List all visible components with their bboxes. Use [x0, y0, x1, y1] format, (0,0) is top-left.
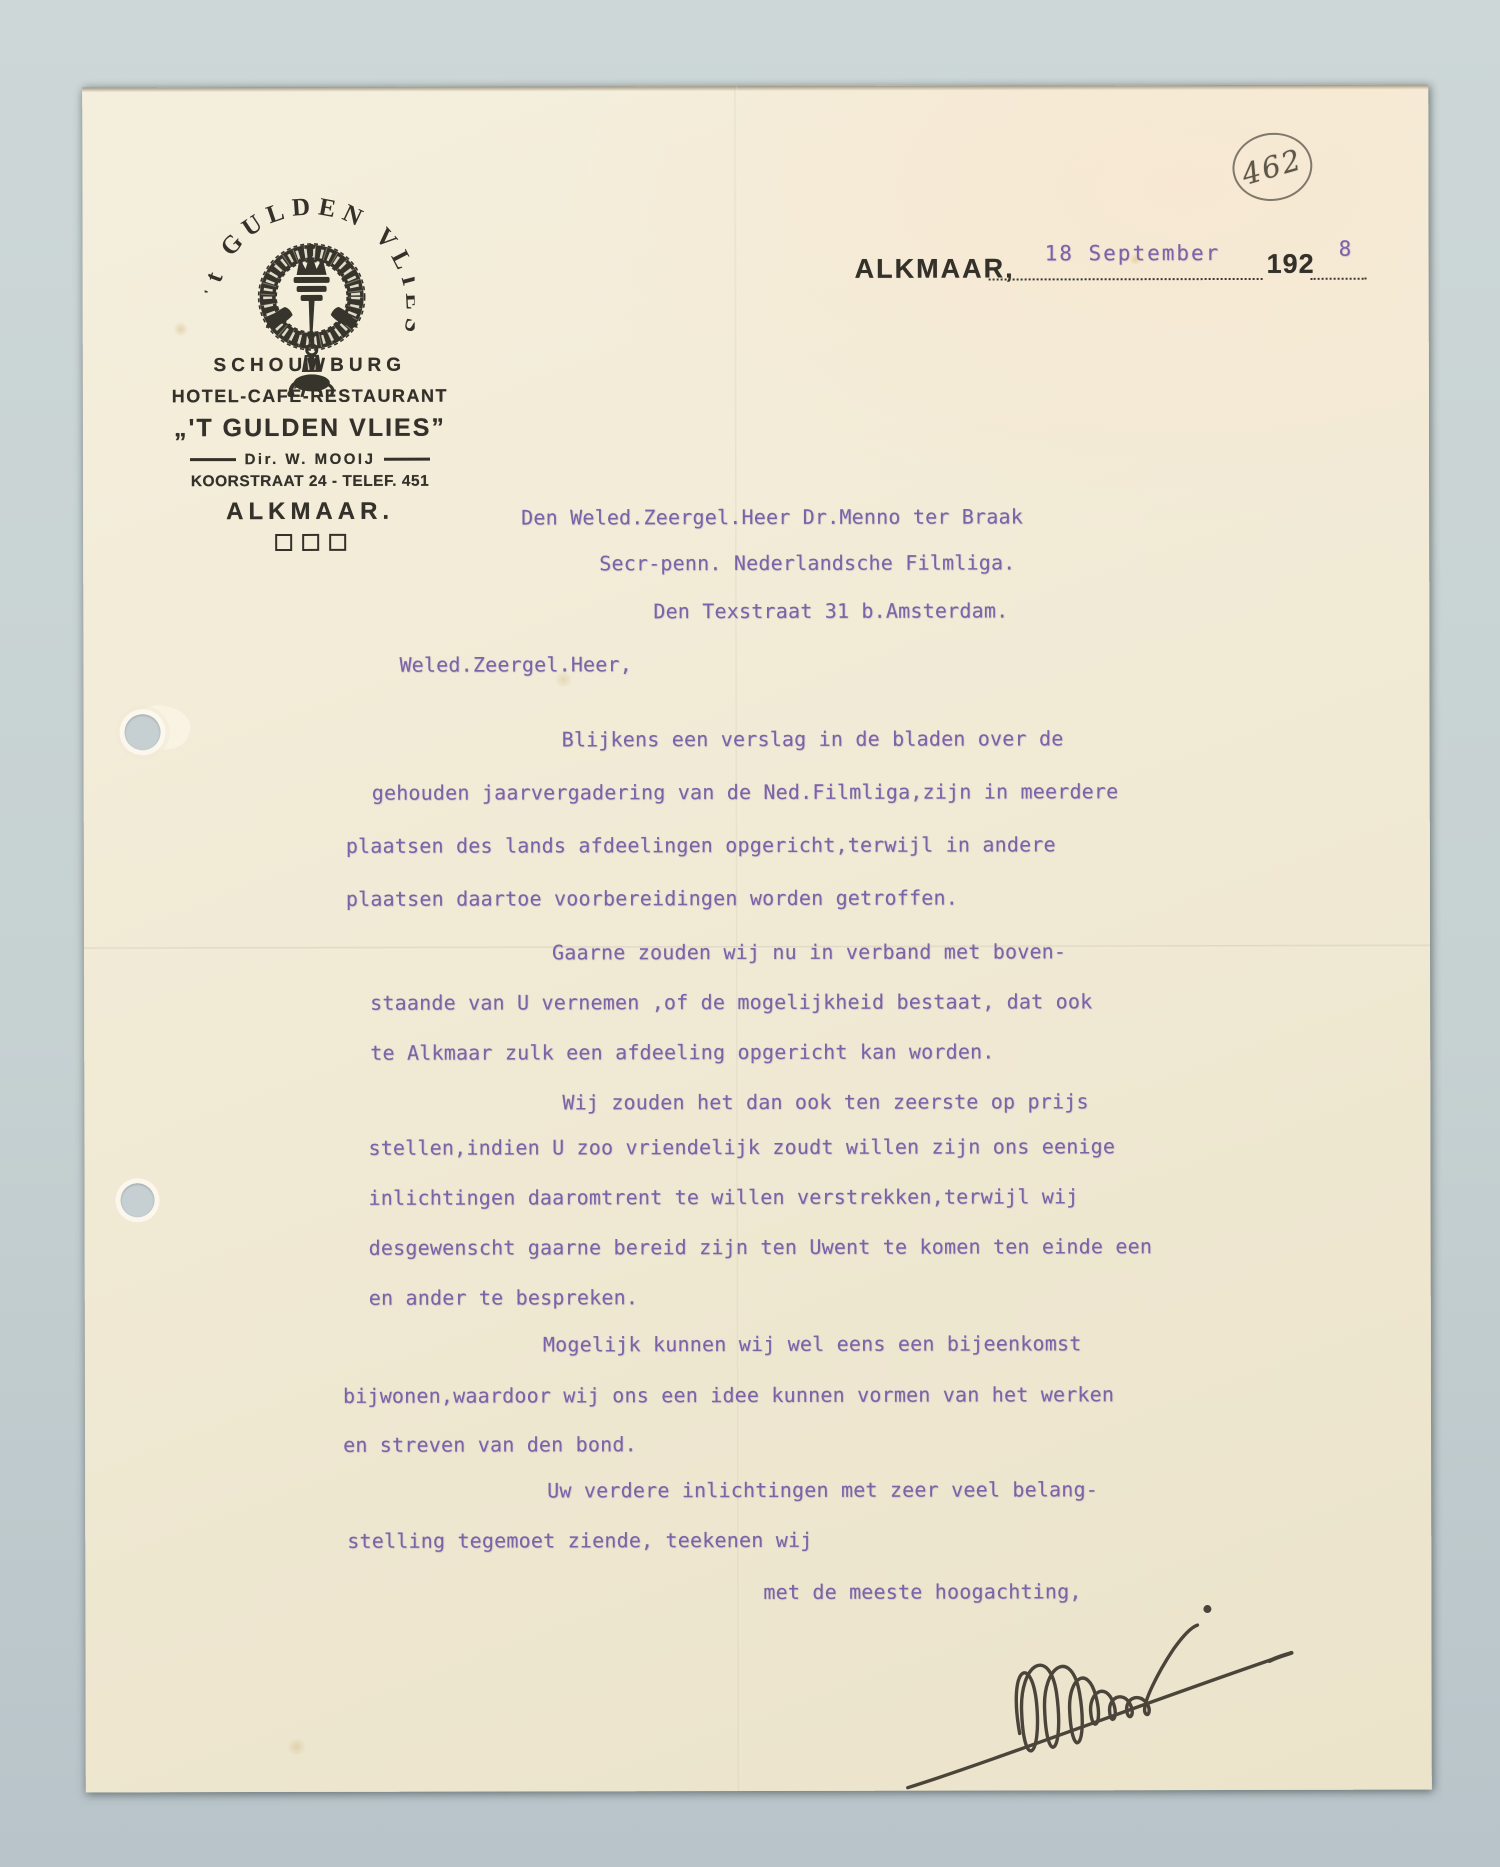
body-line: te Alkmaar zulk een afdeeling opgericht … — [370, 1040, 994, 1065]
dateline-dotted-rule — [989, 263, 1263, 281]
body-line: inlichtingen daaromtrent te willen verst… — [369, 1184, 1079, 1209]
year-dotted-rule — [1311, 263, 1367, 280]
body-line: en ander te bespreken. — [369, 1285, 638, 1310]
body-line: stellen,indien U zoo vriendelijk zoudt w… — [368, 1134, 1115, 1160]
ornament-square — [275, 534, 292, 551]
body-line: gehouden jaarvergadering van de Ned.Film… — [372, 779, 1119, 805]
letterhead-director-line: Dir. W. MOOIJ — [145, 451, 475, 469]
age-spot — [286, 1739, 308, 1755]
scanned-letter-page: { "annotation": { "number": "462" }, "le… — [0, 0, 1500, 1867]
body-line: desgewenscht gaarne bereid zijn ten Uwen… — [369, 1234, 1152, 1260]
address-line: Secr-penn. Nederlandsche Filmliga. — [599, 550, 1015, 575]
signature-scrawl — [871, 1553, 1332, 1794]
ornament-squares — [145, 534, 475, 552]
rule-left — [190, 458, 236, 461]
address-line: Den Weled.Zeergel.Heer Dr.Menno ter Braa… — [521, 504, 1023, 529]
letterhead-director: Dir. W. MOOIJ — [245, 451, 376, 468]
body-line: stelling tegemoet ziende, teekenen wij — [347, 1528, 812, 1553]
letterhead-block: SCHOUWBURG HOTEL-CAFÉ-RESTAURANT „'T GUL… — [145, 355, 475, 552]
address-line: Den Texstraat 31 b.Amsterdam. — [653, 598, 1008, 623]
punch-hole — [121, 1183, 155, 1217]
archive-number: 462 — [1238, 142, 1306, 192]
salutation: Weled.Zeergel.Heer, — [399, 652, 632, 676]
printed-year-prefix: 192 — [1267, 249, 1315, 280]
body-line: Uw verdere inlichtingen met zeer veel be… — [547, 1477, 1098, 1502]
body-line: plaatsen daartoe voorbereidingen worden … — [346, 886, 958, 911]
body-line: Wij zouden het dan ook ten zeerste op pr… — [562, 1089, 1088, 1114]
body-line: Blijkens een verslag in de bladen over d… — [562, 726, 1064, 751]
letter-paper: 't GULDEN VLIES — [82, 85, 1432, 1793]
body-line: staande van U vernemen ,of de mogelijkhe… — [370, 989, 1092, 1015]
letterhead-city: ALKMAAR. — [145, 498, 475, 527]
letterhead-line: HOTEL-CAFÉ-RESTAURANT — [145, 386, 475, 408]
ornament-square — [302, 534, 319, 551]
ornament-square — [329, 534, 346, 551]
body-line: bijwonen,waardoor wij ons een idee kunne… — [343, 1382, 1114, 1408]
archive-number-circle: 462 — [1228, 128, 1316, 205]
letterhead-business-name: „'T GULDEN VLIES” — [145, 414, 475, 444]
rule-right — [384, 458, 430, 461]
body-line: plaatsen des lands afdeelingen opgericht… — [346, 832, 1056, 857]
punch-hole — [125, 714, 161, 750]
typed-date: 18 September — [1045, 241, 1221, 265]
paper-top-edge-shadow — [82, 85, 1428, 93]
body-line: en streven van den bond. — [343, 1432, 637, 1457]
age-spot — [173, 322, 189, 336]
body-line: Gaarne zouden wij nu in verband met bove… — [552, 939, 1066, 964]
letterhead-line: SCHOUWBURG — [145, 355, 475, 378]
body-line: Mogelijk kunnen wij wel eens een bijeenk… — [543, 1331, 1082, 1356]
letterhead-address: KOORSTRAAT 24 - TELEF. 451 — [145, 473, 475, 492]
typed-year-digit: 8 — [1339, 237, 1354, 261]
